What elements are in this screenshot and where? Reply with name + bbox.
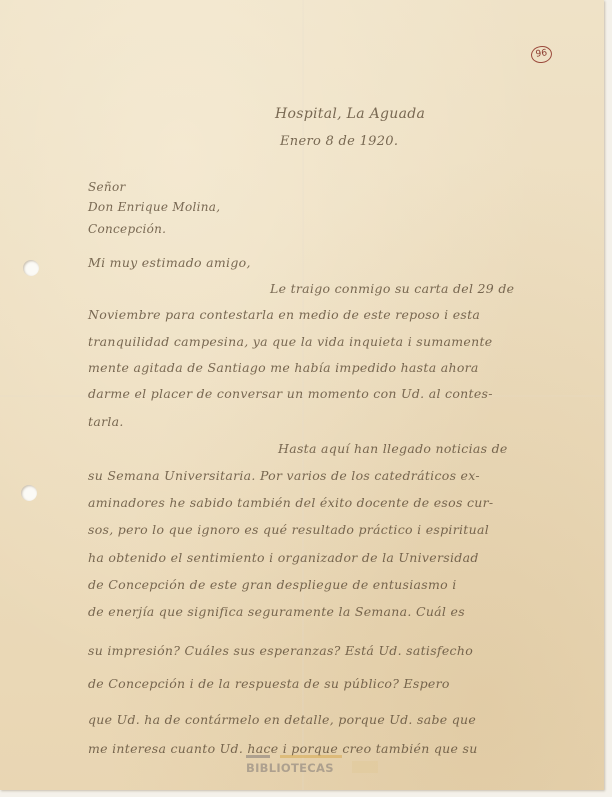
body-line: sos, pero lo que ignoro es qué resultado… (88, 522, 489, 537)
watermark-tail (352, 761, 378, 773)
watermark-text: BIBLIOTECAS (246, 761, 334, 775)
body-line: tarla. (88, 414, 124, 429)
address-line: Don Enrique Molina, (88, 200, 220, 214)
body-line: su impresión? Cuáles sus esperanzas? Est… (88, 643, 473, 658)
address-line: Concepción. (88, 222, 166, 236)
body-line: su Semana Universitaria. Por varios de l… (88, 468, 480, 483)
library-watermark: BIBLIOTECAS (246, 761, 334, 775)
body-line: Le traigo conmigo su carta del 29 de (270, 281, 514, 296)
letter-date: Enero 8 de 1920. (280, 134, 398, 149)
body-line: Noviembre para contestarla en medio de e… (88, 307, 480, 322)
body-line: de Concepción de este gran despliegue de… (88, 577, 457, 592)
body-line: mente agitada de Santiago me había imped… (88, 360, 479, 375)
folio-number: 96 (530, 45, 553, 65)
body-line: me interesa cuanto Ud. hace i porque cre… (88, 741, 478, 756)
body-line: darme el placer de conversar un momento … (88, 386, 493, 401)
body-line: aminadores he sabido también del éxito d… (88, 495, 493, 510)
body-line: de Concepción i de la respuesta de su pú… (88, 676, 450, 691)
body-line: tranquilidad campesina, ya que la vida i… (88, 334, 492, 349)
address-line: Señor (88, 180, 126, 194)
punch-hole-top (23, 260, 39, 276)
watermark-accent-bar (280, 755, 342, 758)
punch-hole-bottom (21, 485, 37, 501)
body-line: ha obtenido el sentimiento i organizador… (88, 550, 479, 565)
body-line: que Ud. ha de contármelo en detalle, por… (88, 712, 476, 727)
letter-page: 96 Hospital, La Aguada Enero 8 de 1920. … (0, 0, 604, 790)
salutation: Mi muy estimado amigo, (88, 255, 251, 270)
watermark-bar (246, 755, 270, 758)
body-line: Hasta aquí han llegado noticias de (278, 441, 508, 456)
letter-place: Hospital, La Aguada (275, 106, 425, 122)
body-line: de enerjía que significa seguramente la … (88, 604, 465, 619)
